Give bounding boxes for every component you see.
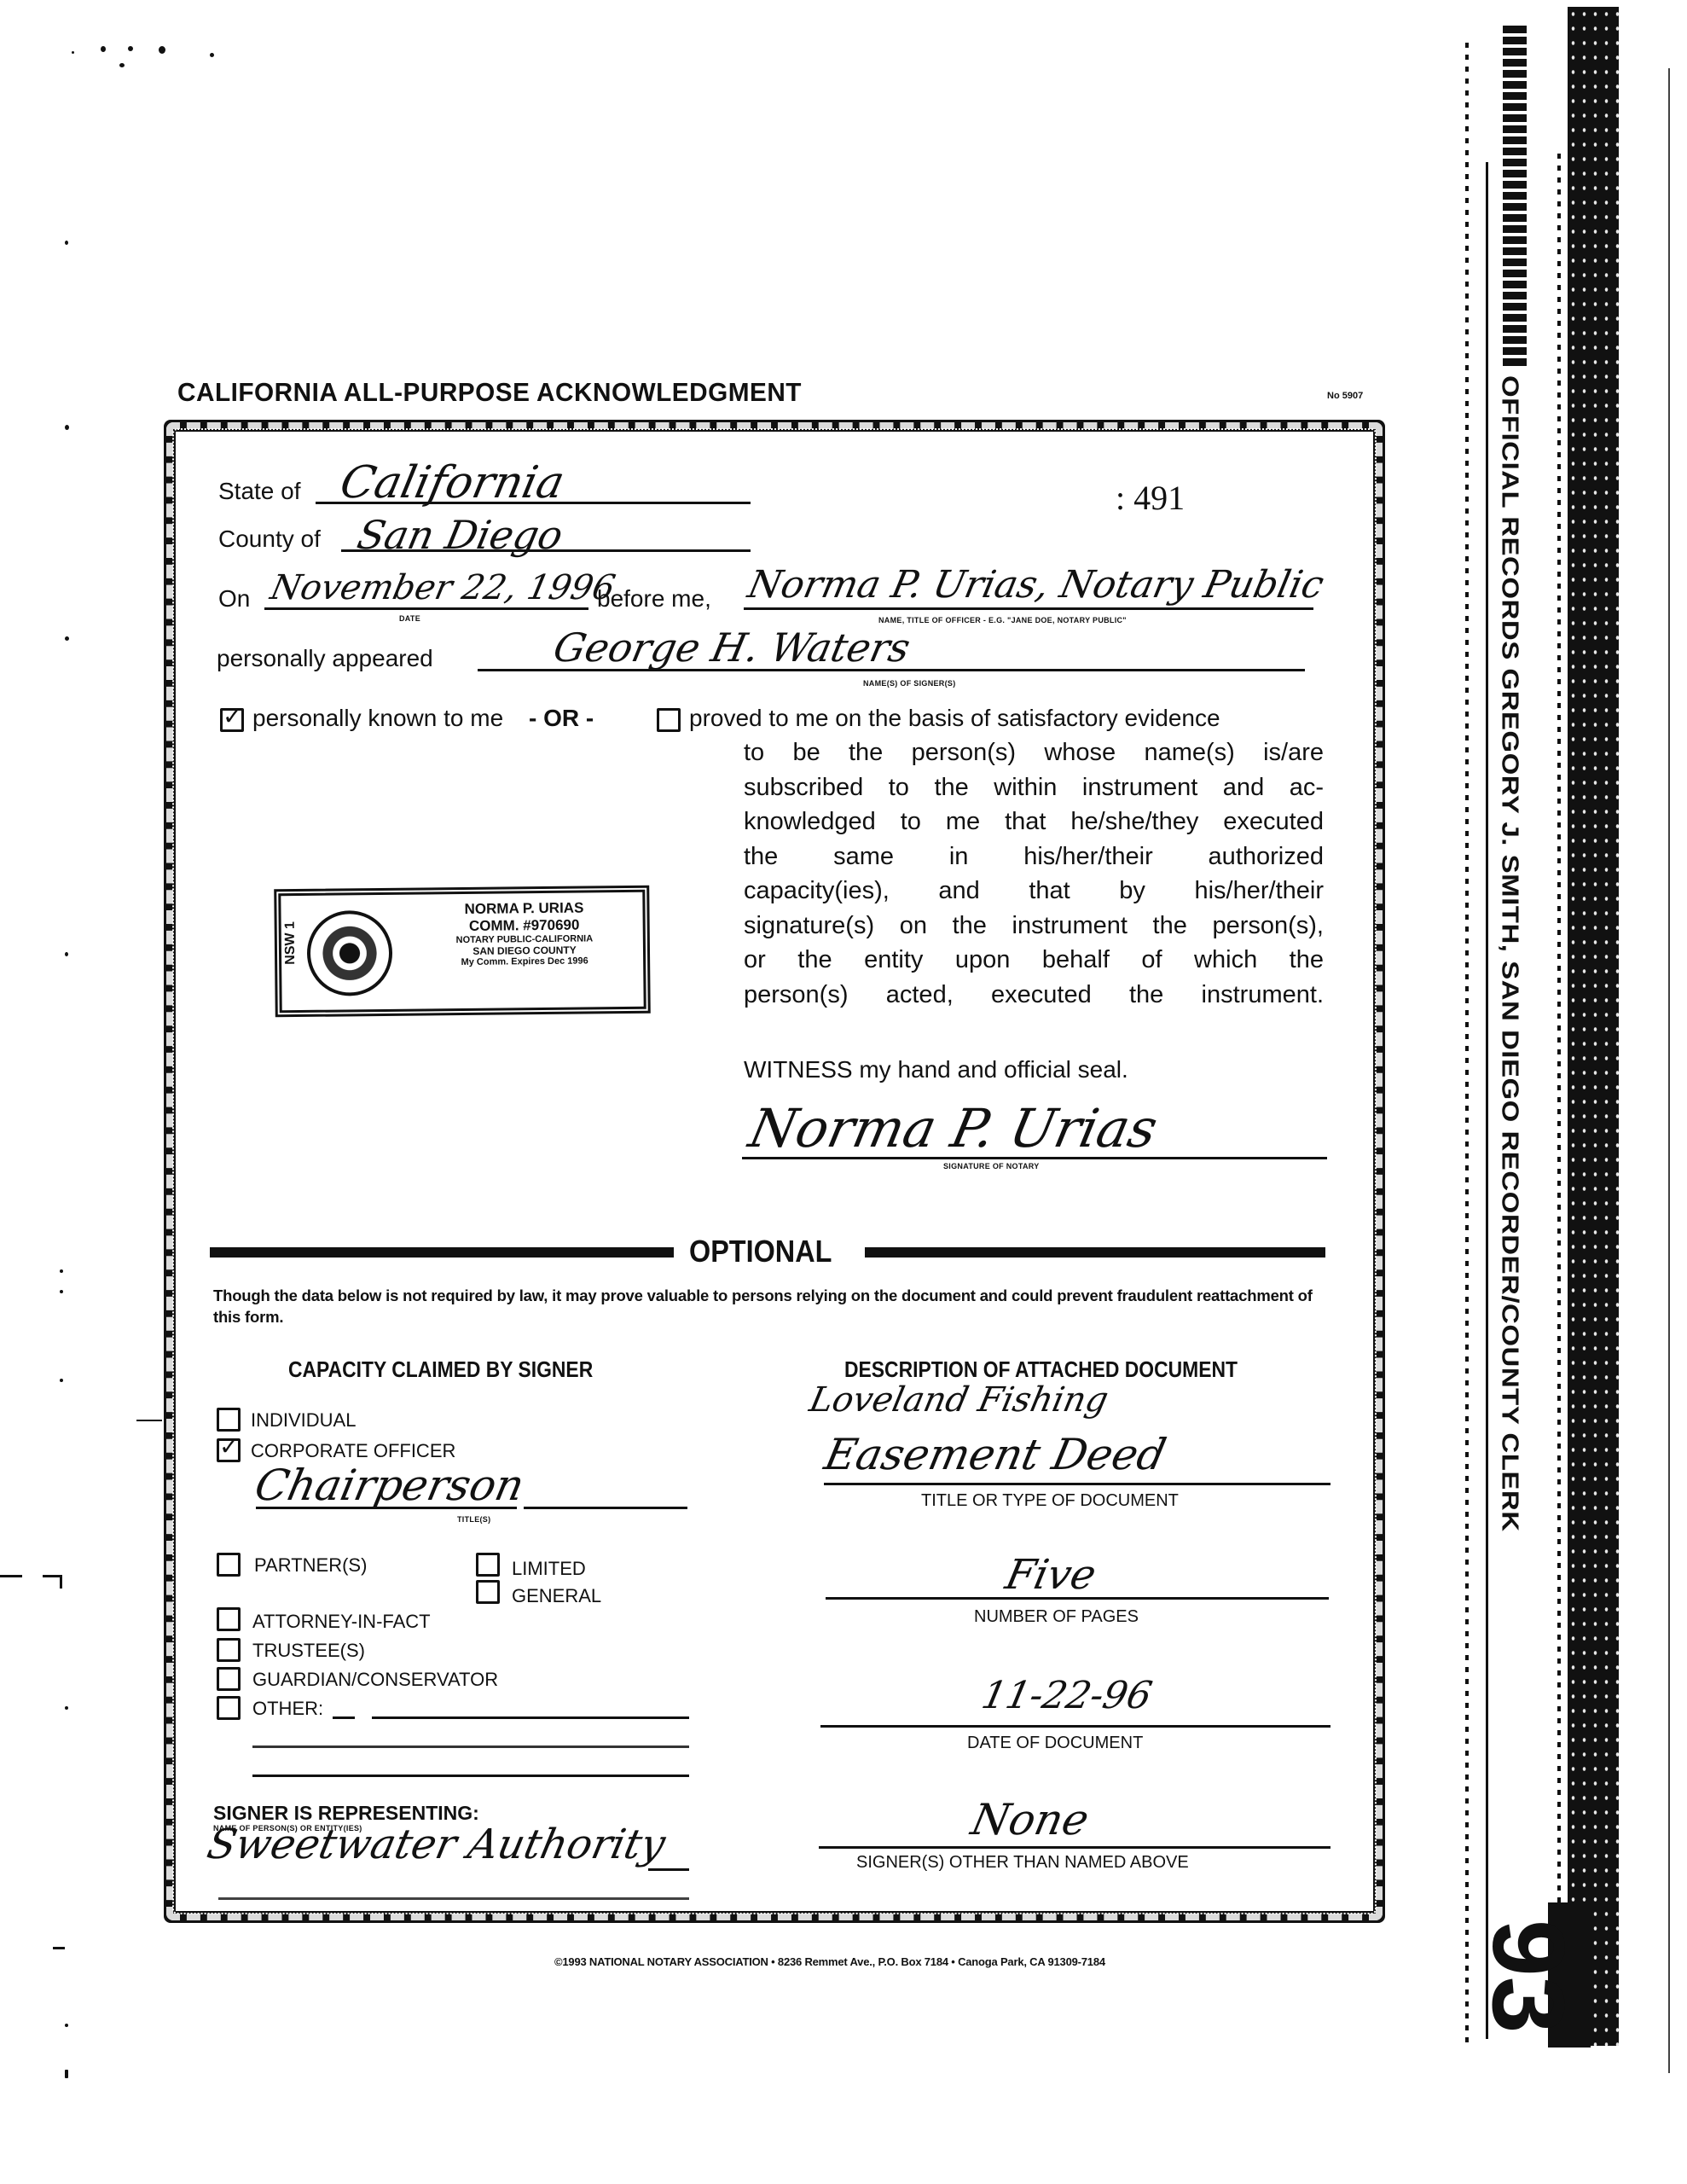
title-field[interactable]: Chairperson bbox=[251, 1461, 529, 1510]
seal-line: NORMA P. URIAS bbox=[409, 899, 639, 919]
paragraph-line: or the entity upon behalf of which the bbox=[744, 943, 1324, 978]
general-label: GENERAL bbox=[512, 1585, 601, 1607]
other-checkbox[interactable] bbox=[217, 1696, 241, 1720]
proved-checkbox[interactable] bbox=[657, 708, 681, 732]
signer-field[interactable]: George H. Waters bbox=[549, 624, 914, 671]
trustee-label: TRUSTEE(S) bbox=[252, 1640, 365, 1662]
notary-seal: NSW 1 NORMA P. URIAS COMM. #970690 NOTAR… bbox=[274, 886, 651, 1018]
other-label: OTHER: bbox=[252, 1698, 323, 1720]
paragraph-line: knowledged to me that he/she/they execut… bbox=[744, 804, 1324, 839]
optional-rule-left bbox=[210, 1247, 674, 1258]
title-caption: TITLE(S) bbox=[457, 1515, 490, 1524]
optional-rule-right bbox=[865, 1247, 1325, 1258]
form-title: CALIFORNIA ALL-PURPOSE ACKNOWLEDGMENT bbox=[177, 377, 802, 408]
signer-caption: NAME(S) OF SIGNER(S) bbox=[863, 679, 956, 688]
signature-caption: SIGNATURE OF NOTARY bbox=[943, 1162, 1040, 1170]
optional-title: OPTIONAL bbox=[689, 1234, 832, 1269]
optional-disclaimer: Though the data below is not required by… bbox=[213, 1285, 1330, 1327]
witness-text: WITNESS my hand and official seal. bbox=[744, 1056, 1128, 1083]
state-seal-icon bbox=[306, 910, 392, 996]
paragraph-line: person(s) acted, executed the instrument… bbox=[744, 978, 1324, 1013]
date-field[interactable]: November 22, 1996 bbox=[267, 568, 618, 607]
seal-line: My Comm. Expires Dec 1996 bbox=[409, 955, 640, 968]
trustee-checkbox[interactable] bbox=[217, 1638, 241, 1662]
form-number: No 5907 bbox=[1327, 391, 1363, 401]
paragraph-line: to be the person(s) whose name(s) is/are bbox=[744, 735, 1324, 770]
recorder-number-fragment: 93 bbox=[1475, 1902, 1557, 2047]
other-signers-caption: SIGNER(S) OTHER THAN NAMED ABOVE bbox=[856, 1853, 1189, 1873]
other-field[interactable] bbox=[333, 1716, 355, 1719]
appeared-label: personally appeared bbox=[217, 645, 433, 672]
attorney-checkbox[interactable] bbox=[217, 1607, 241, 1631]
on-label: On bbox=[218, 585, 250, 613]
corporate-officer-label: CORPORATE OFFICER bbox=[251, 1440, 455, 1462]
doc-title-field-line1[interactable]: Loveland Fishing bbox=[806, 1380, 1111, 1420]
seal-line: COMM. #970690 bbox=[409, 916, 640, 936]
individual-checkbox[interactable] bbox=[217, 1408, 241, 1432]
proved-label: proved to me on the basis of satisfactor… bbox=[689, 705, 1220, 732]
doc-title-field-line2[interactable]: Easement Deed bbox=[820, 1430, 1170, 1479]
capacity-title: CAPACITY CLAIMED BY SIGNER bbox=[288, 1356, 593, 1383]
recorder-stamp-text: OFFICIAL RECORDS GREGORY J. SMITH, SAN D… bbox=[1497, 375, 1524, 1532]
attorney-label: ATTORNEY-IN-FACT bbox=[252, 1611, 431, 1633]
doc-date-field[interactable]: 11-22-96 bbox=[978, 1674, 1157, 1717]
date-caption: DATE bbox=[399, 614, 420, 623]
other-signers-field[interactable]: None bbox=[967, 1795, 1093, 1844]
paragraph-line: the same in his/her/their authorized bbox=[744, 839, 1324, 874]
corporate-officer-checkbox[interactable] bbox=[217, 1438, 241, 1462]
copyright-footer: ©1993 NATIONAL NOTARY ASSOCIATION • 8236… bbox=[554, 1955, 1105, 1968]
state-label: State of bbox=[218, 478, 301, 505]
guardian-checkbox[interactable] bbox=[217, 1667, 241, 1691]
pages-field[interactable]: Five bbox=[1001, 1551, 1100, 1599]
seal-side-text: NSW 1 bbox=[283, 921, 299, 965]
paragraph-line: signature(s) on the instrument the perso… bbox=[744, 909, 1324, 944]
acknowledgment-paragraph: to be the person(s) whose name(s) is/are… bbox=[744, 735, 1324, 1012]
officer-caption: NAME, TITLE OF OFFICER - E.G. "JANE DOE,… bbox=[878, 616, 1127, 624]
stamped-number: : 491 bbox=[1116, 478, 1185, 518]
county-label: County of bbox=[218, 526, 321, 553]
partners-label: PARTNER(S) bbox=[254, 1554, 367, 1577]
individual-label: INDIVIDUAL bbox=[251, 1409, 356, 1432]
known-label: personally known to me bbox=[252, 705, 503, 732]
officer-field[interactable]: Norma P. Urias, Notary Public bbox=[745, 563, 1328, 607]
general-checkbox[interactable] bbox=[476, 1580, 500, 1604]
county-field[interactable]: San Diego bbox=[353, 512, 567, 558]
doc-date-caption: DATE OF DOCUMENT bbox=[967, 1734, 1143, 1753]
limited-label: LIMITED bbox=[512, 1558, 586, 1580]
before-me-label: before me, bbox=[597, 585, 711, 613]
paragraph-line: subscribed to the within instrument and … bbox=[744, 770, 1324, 805]
doc-title-caption: TITLE OR TYPE OF DOCUMENT bbox=[921, 1491, 1179, 1511]
guardian-label: GUARDIAN/CONSERVATOR bbox=[252, 1669, 498, 1691]
paragraph-line: capacity(ies), and that by his/her/their bbox=[744, 874, 1324, 909]
notary-signature[interactable]: Norma P. Urias bbox=[744, 1097, 1162, 1159]
state-field[interactable]: California bbox=[336, 457, 569, 508]
partners-checkbox[interactable] bbox=[217, 1553, 241, 1577]
pages-caption: NUMBER OF PAGES bbox=[974, 1607, 1139, 1627]
or-label: - OR - bbox=[529, 705, 594, 732]
representing-field[interactable]: Sweetwater Authority bbox=[203, 1821, 670, 1868]
description-title: DESCRIPTION OF ATTACHED DOCUMENT bbox=[844, 1356, 1238, 1383]
limited-checkbox[interactable] bbox=[476, 1553, 500, 1577]
known-checkbox[interactable] bbox=[220, 708, 244, 732]
